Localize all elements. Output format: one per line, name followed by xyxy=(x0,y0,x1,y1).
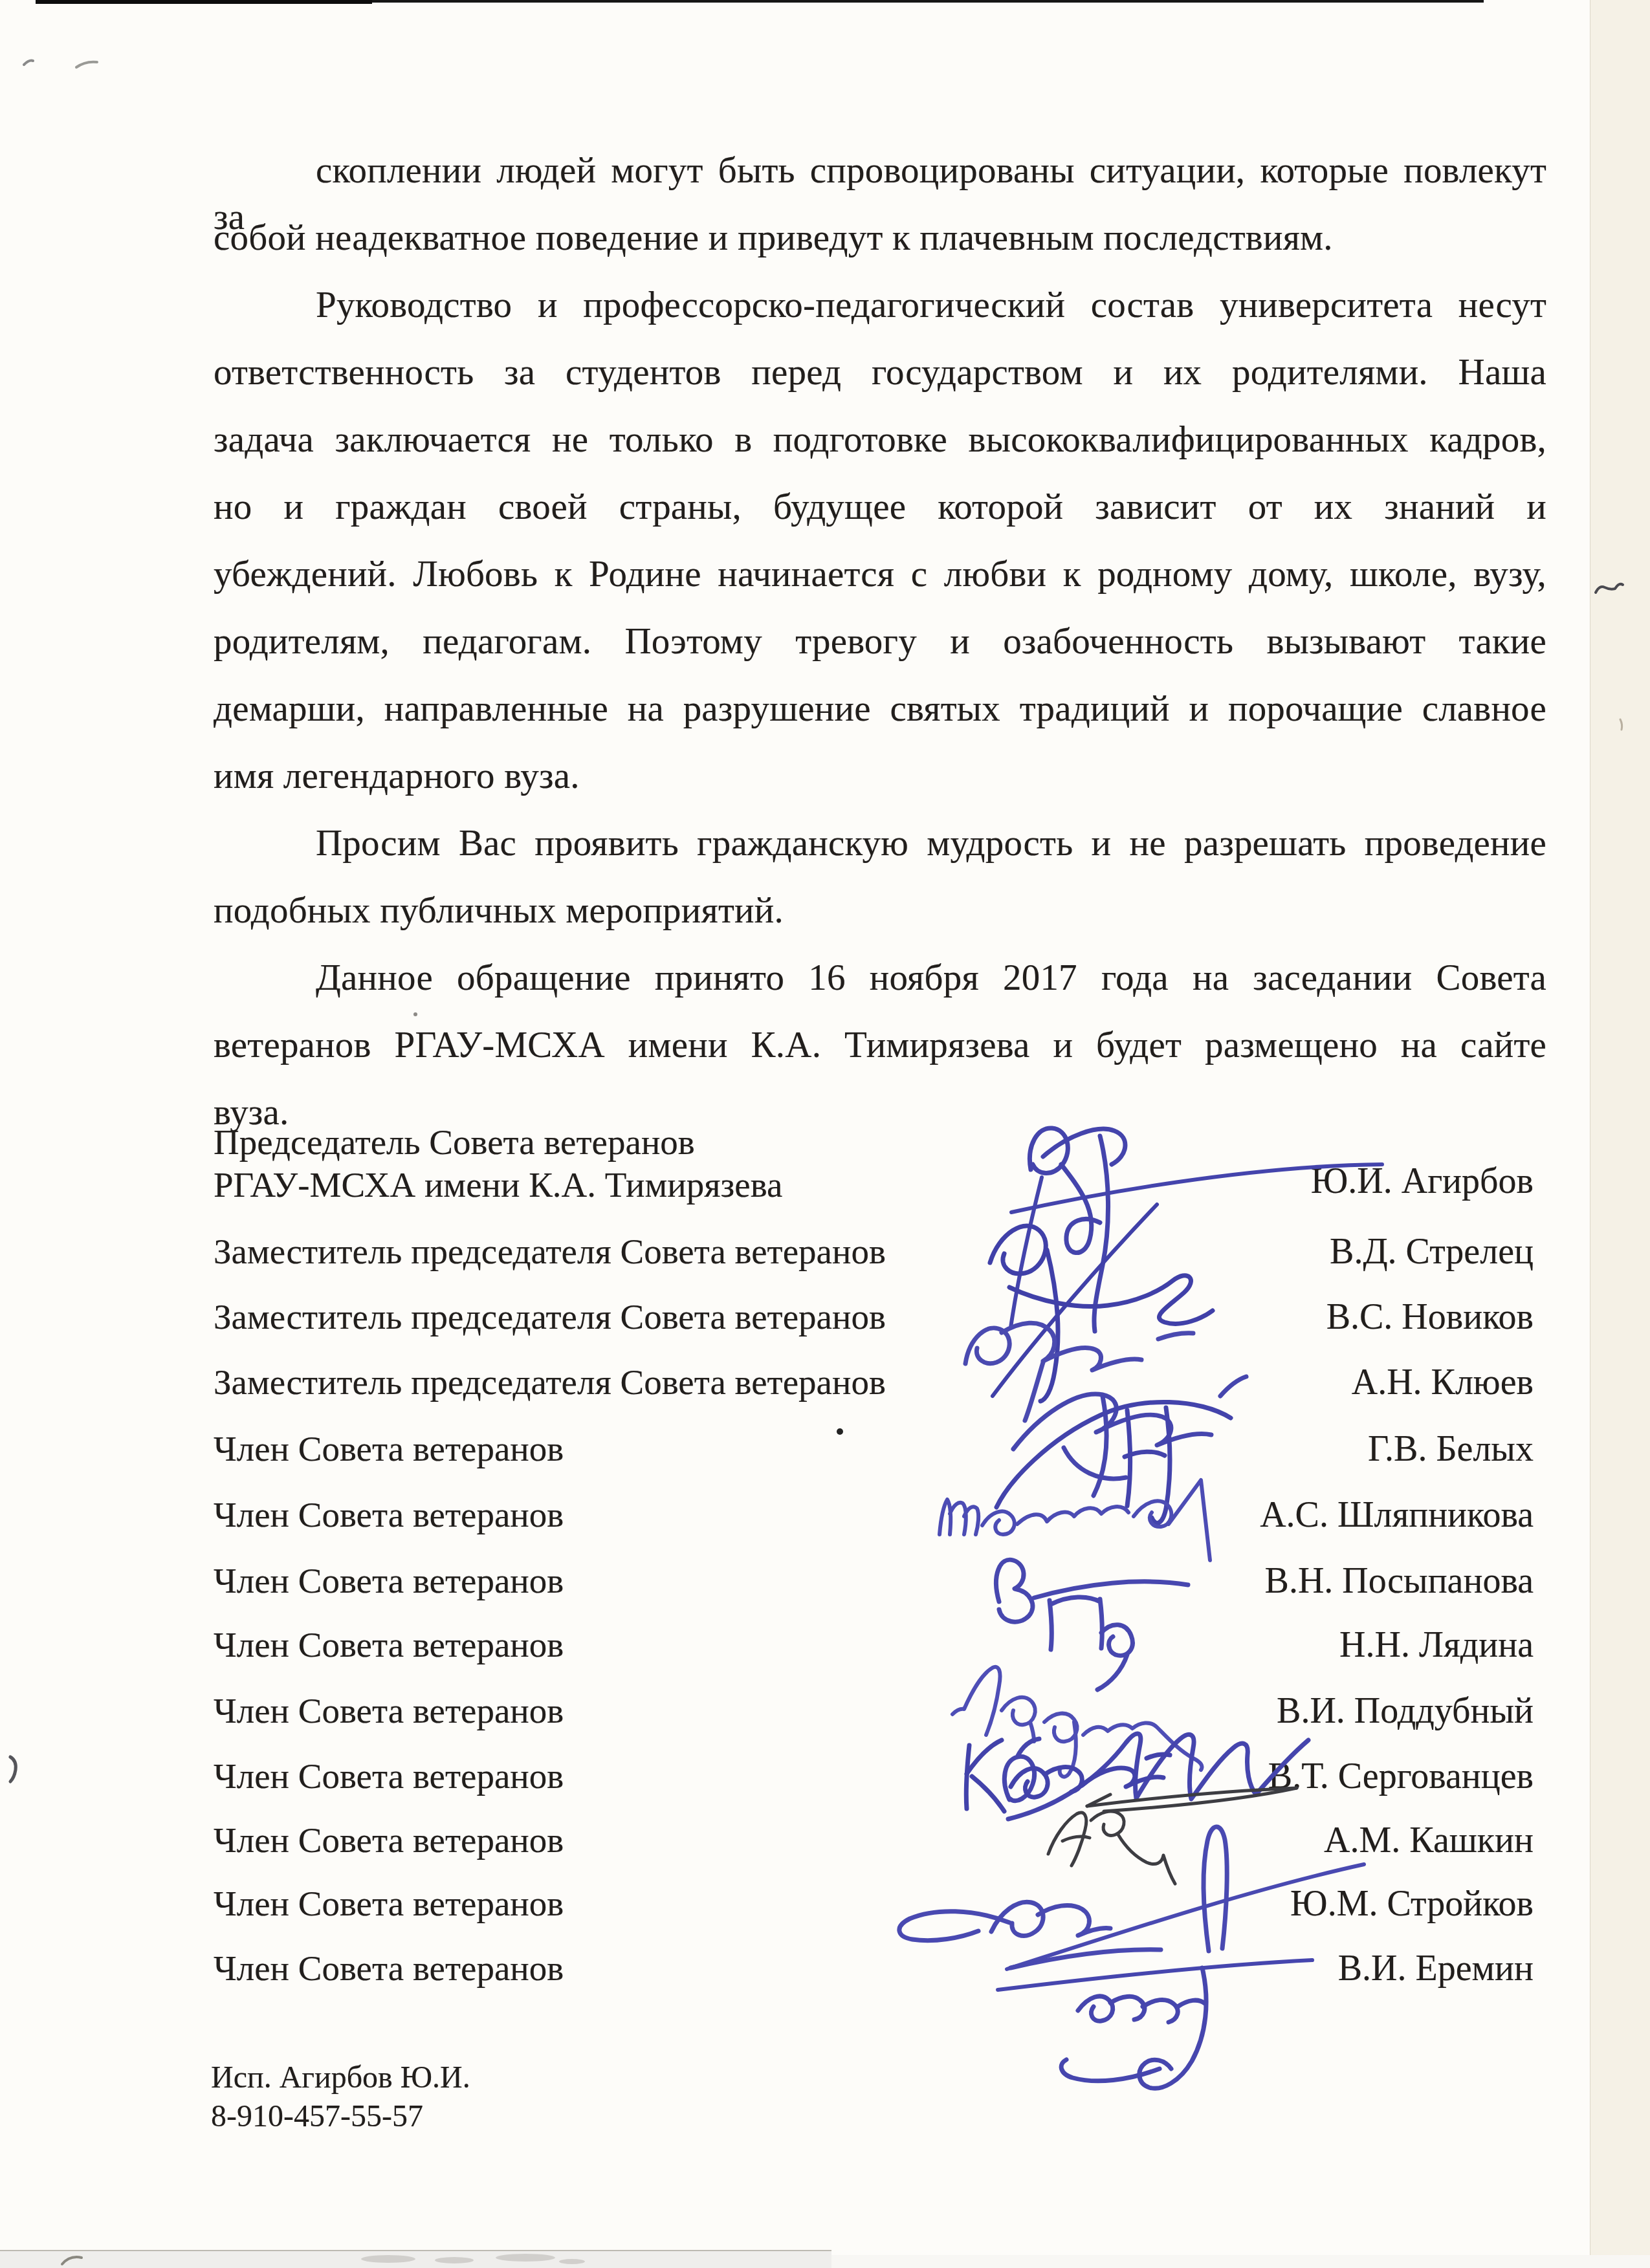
body-line: демарши, направленные на разрушение свят… xyxy=(214,686,1546,732)
signer-name: Г.В. Белых xyxy=(886,1428,1534,1470)
signer-name: А.Н. Клюев xyxy=(886,1361,1534,1404)
signer-name: Ю.М. Стройков xyxy=(886,1882,1534,1925)
body-line: родителям, педагогам. Поэтому тревогу и … xyxy=(214,618,1546,665)
chairman-label-line1: Председатель Совета ветеранов xyxy=(214,1121,1022,1164)
phone-line: 8-910-457-55-57 xyxy=(211,2098,793,2135)
signer-name: В.И. Еремин xyxy=(886,1947,1534,1990)
body-line: Руководство и профессорско-педагогически… xyxy=(214,282,1546,329)
scan-bottom-edge-right xyxy=(831,2255,1650,2268)
body-line: Данное обращение принято 16 ноября 2017 … xyxy=(214,955,1546,1001)
executor-line: Исп. Агирбов Ю.И. xyxy=(211,2059,793,2097)
body-line: собой неадекватное поведение и приведут … xyxy=(214,215,1546,261)
scanned-document-page: скоплении людей могут быть спровоцирован… xyxy=(0,0,1650,2268)
body-line: задача заключается не только в подготовк… xyxy=(214,417,1546,463)
scan-top-line-artifact-heavy xyxy=(36,0,372,4)
signer-name: Н.Н. Лядина xyxy=(886,1624,1534,1666)
body-line: подобных публичных мероприятий. xyxy=(214,888,1546,934)
body-line: ветеранов РГАУ-МСХА имени К.А. Тимирязев… xyxy=(214,1022,1546,1069)
body-line: ответственность за студентов перед госуд… xyxy=(214,349,1546,396)
signer-name: А.М. Кашкин xyxy=(886,1819,1534,1862)
body-line: но и граждан своей страны, будущее котор… xyxy=(214,484,1546,530)
signer-name: В.Т. Сергованцев xyxy=(886,1755,1534,1798)
signer-name: В.С. Новиков xyxy=(886,1296,1534,1338)
scan-bottom-edge xyxy=(0,2250,831,2268)
signer-name: В.И. Поддубный xyxy=(886,1690,1534,1732)
signer-name: Ю.И. Агирбов xyxy=(886,1160,1534,1203)
signer-name: В.Д. Стрелец xyxy=(886,1230,1534,1273)
body-line: имя легендарного вуза. xyxy=(214,753,1546,800)
body-line: Просим Вас проявить гражданскую мудрость… xyxy=(214,820,1546,867)
scan-edge-strip xyxy=(1590,0,1650,2268)
body-line: убеждений. Любовь к Родине начинается с … xyxy=(214,551,1546,598)
signer-name: А.С. Шляпникова xyxy=(886,1494,1534,1536)
signer-name: В.Н. Посыпанова xyxy=(886,1560,1534,1602)
